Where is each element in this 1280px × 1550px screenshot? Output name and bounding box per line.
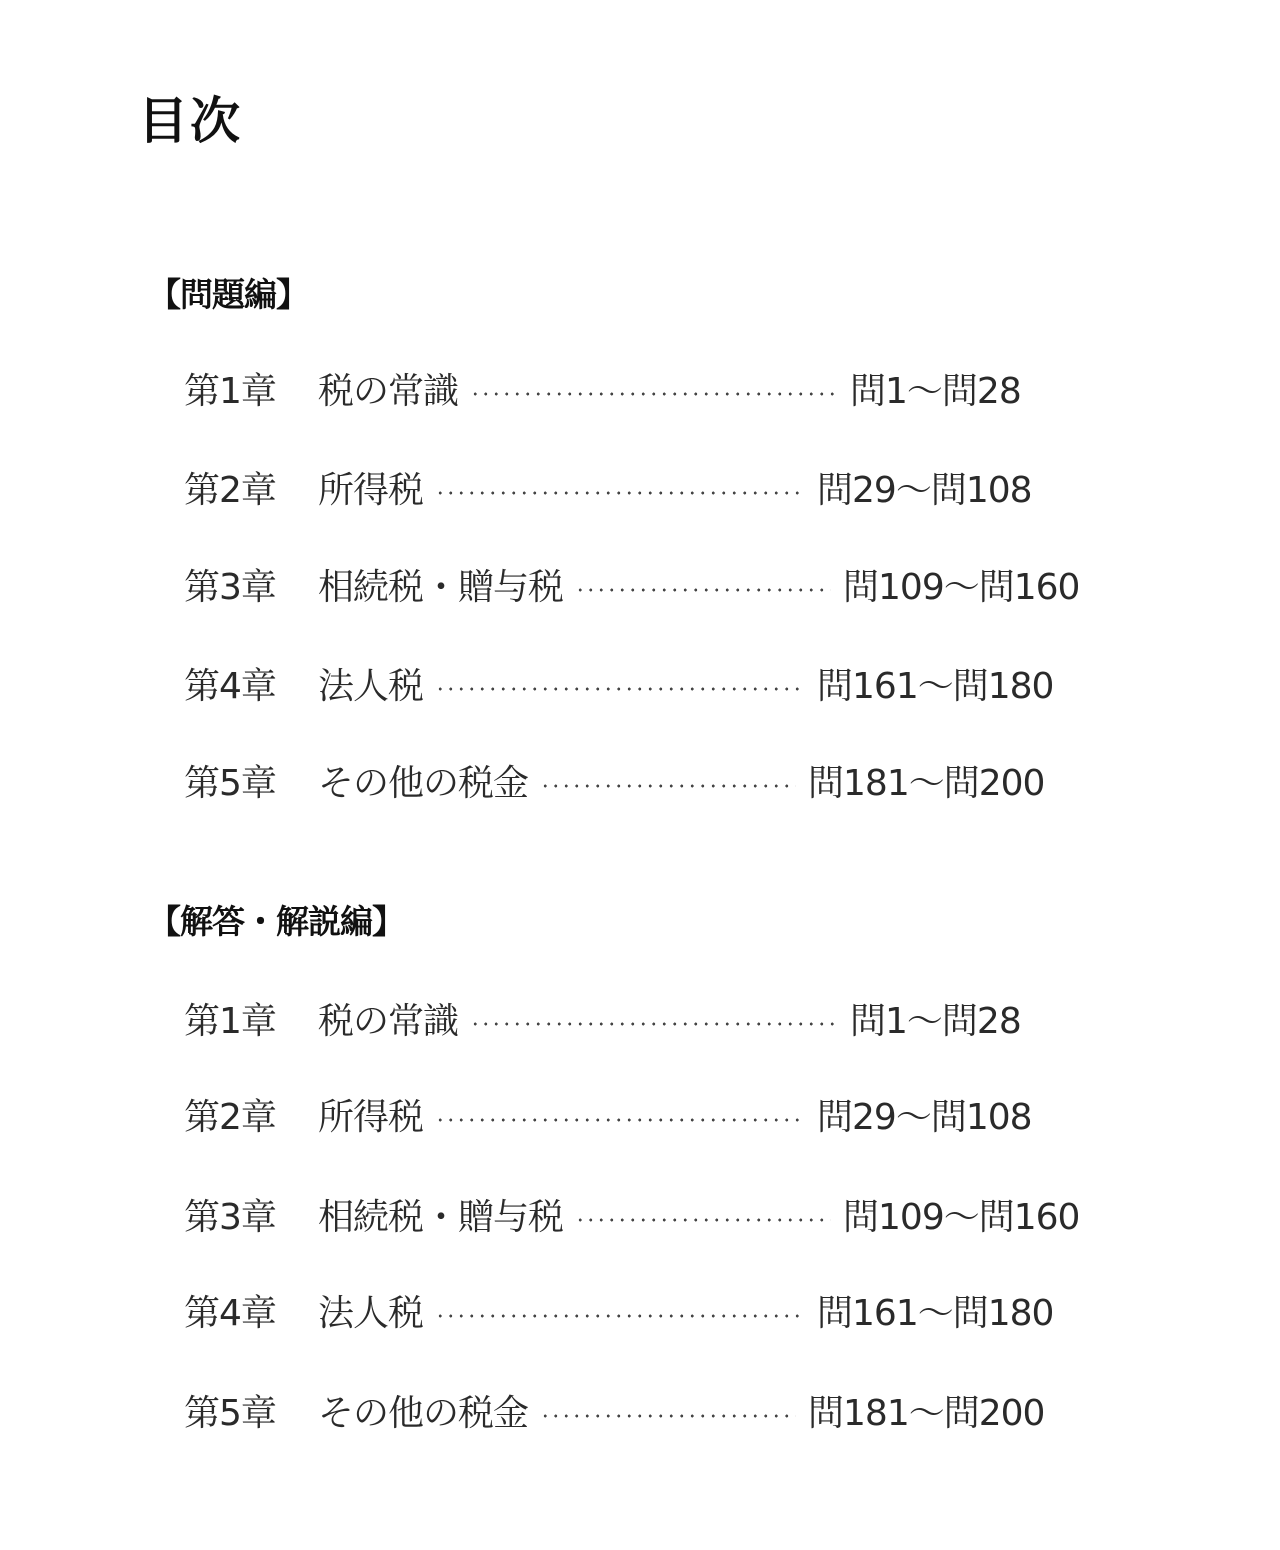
toc-entry[interactable]: 第4章 法人税 問161〜問180 (184, 1292, 1053, 1336)
chapter-title: 相続税・贈与税 (318, 1200, 563, 1236)
dot-leader (470, 1022, 838, 1026)
toc-entry[interactable]: 第3章 相続税・贈与税 問109〜問160 (184, 566, 1079, 610)
chapter-number: 第3章 (184, 1200, 318, 1236)
toc-entry[interactable]: 第5章 その他の税金 問181〜問200 (184, 1392, 1044, 1436)
chapter-number: 第1章 (184, 374, 318, 410)
toc-entry[interactable]: 第4章 法人税 問161〜問180 (184, 665, 1053, 709)
question-range: 問181〜問200 (808, 1396, 1044, 1432)
chapter-title: 相続税・贈与税 (318, 570, 563, 606)
chapter-number: 第2章 (184, 473, 318, 509)
dot-leader (435, 491, 805, 495)
question-range: 問181〜問200 (808, 766, 1044, 802)
chapter-title: その他の税金 (318, 1396, 528, 1432)
toc-entry[interactable]: 第1章 税の常識 問1〜問28 (184, 1000, 1021, 1044)
chapter-number: 第5章 (184, 1396, 318, 1432)
dot-leader (575, 1218, 831, 1222)
question-range: 問109〜問160 (843, 570, 1079, 606)
question-range: 問1〜問28 (850, 374, 1021, 410)
chapter-number: 第3章 (184, 570, 318, 606)
page-title: 目次 (138, 96, 242, 146)
chapter-title: 法人税 (318, 1296, 423, 1332)
chapter-title: その他の税金 (318, 766, 528, 802)
toc-entry[interactable]: 第2章 所得税 問29〜問108 (184, 1096, 1032, 1140)
chapter-number: 第4章 (184, 669, 318, 705)
dot-leader (435, 687, 805, 691)
chapter-title: 法人税 (318, 669, 423, 705)
question-range: 問161〜問180 (817, 669, 1053, 705)
section-heading-answers: 【解答・解説編】 (148, 905, 404, 938)
toc-entry[interactable]: 第5章 その他の税金 問181〜問200 (184, 762, 1044, 806)
dot-leader (435, 1314, 805, 1318)
question-range: 問29〜問108 (817, 1100, 1032, 1136)
chapter-title: 税の常識 (318, 374, 458, 410)
dot-leader (540, 784, 796, 788)
toc-entry[interactable]: 第2章 所得税 問29〜問108 (184, 469, 1032, 513)
chapter-title: 所得税 (318, 473, 423, 509)
chapter-number: 第5章 (184, 766, 318, 802)
dot-leader (435, 1118, 805, 1122)
chapter-number: 第1章 (184, 1004, 318, 1040)
section-heading-problems: 【問題編】 (148, 278, 308, 311)
chapter-number: 第4章 (184, 1296, 318, 1332)
dot-leader (540, 1414, 796, 1418)
question-range: 問1〜問28 (850, 1004, 1021, 1040)
question-range: 問29〜問108 (817, 473, 1032, 509)
dot-leader (470, 392, 838, 396)
question-range: 問109〜問160 (843, 1200, 1079, 1236)
dot-leader (575, 588, 831, 592)
chapter-number: 第2章 (184, 1100, 318, 1136)
chapter-title: 所得税 (318, 1100, 423, 1136)
chapter-title: 税の常識 (318, 1004, 458, 1040)
toc-entry[interactable]: 第3章 相続税・贈与税 問109〜問160 (184, 1196, 1079, 1240)
question-range: 問161〜問180 (817, 1296, 1053, 1332)
toc-entry[interactable]: 第1章 税の常識 問1〜問28 (184, 370, 1021, 414)
